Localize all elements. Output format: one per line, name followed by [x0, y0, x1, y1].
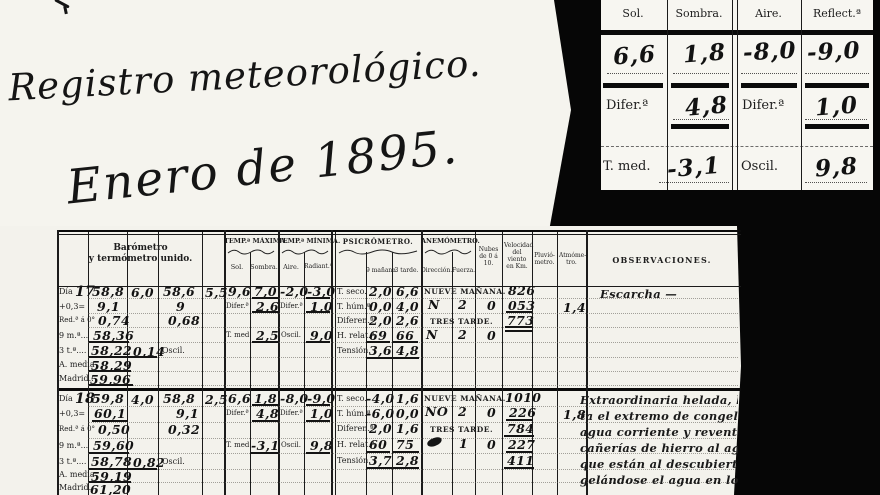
ink-underline: [506, 419, 533, 421]
row-label: +0,3=: [59, 410, 85, 419]
ink-underline: [366, 467, 392, 469]
ink-underline: [252, 311, 278, 313]
card-header-sombra: Sombra.: [667, 8, 731, 20]
ink-underline: [89, 481, 131, 483]
header-brace: [226, 247, 276, 255]
barometer-value: 61,20: [90, 482, 131, 495]
thermometer-value: 5,5: [205, 285, 228, 300]
ink-underline: [89, 468, 131, 470]
psic-value: 2,0: [369, 284, 392, 299]
psic-label: T. húm.ª: [337, 303, 370, 312]
observation-line: agua corriente y reventar las: [580, 424, 738, 440]
ink-bar: [603, 83, 663, 88]
clouds-3pm: 0: [487, 437, 496, 452]
card-value-reflect: -9,0: [806, 37, 861, 67]
subheader-sol: Sol.: [224, 264, 250, 271]
ink-underline: [306, 311, 330, 313]
ink-underline: [393, 357, 419, 359]
subheader-sombra: Sombra.: [250, 264, 278, 271]
subheader-9-manana: 9 mañana.: [366, 268, 392, 275]
atmometer-value: 1,4: [563, 300, 586, 315]
printed-tmed-label: T. med.: [226, 442, 252, 450]
rule-line: [335, 232, 336, 495]
col-header-barometro2: y termómetro unido.: [57, 255, 224, 265]
row-label: 9 m.ª...: [59, 332, 88, 341]
row-label: Madrid..: [59, 375, 94, 384]
row-label: A. media: [59, 361, 95, 370]
ink-underline: [252, 297, 278, 299]
ink-underline: [92, 420, 128, 422]
subheader-aire: Aire.: [278, 264, 304, 271]
row-label-dia: Día: [59, 288, 73, 297]
col-header-psicrometro: PSICRÓMETRO.: [335, 238, 421, 246]
printed-tres-tarde: TRES TARDE.: [430, 426, 493, 434]
psic-value: 75: [396, 437, 414, 452]
ink-underline: [393, 451, 419, 453]
ink-underline: [252, 420, 278, 422]
printed-nueve-manana: NUEVE MAÑANA.: [424, 395, 506, 403]
rule-line: [673, 119, 729, 120]
card-header-reflect: Reflect.ª: [801, 8, 873, 20]
observation-line: cañerías de hierro al agua: [580, 440, 738, 456]
psic-label: Tensión.: [337, 457, 371, 466]
psic-value: 2,6: [396, 313, 419, 328]
rule-line: [57, 234, 741, 235]
card-tmed-label: T. med.: [603, 160, 651, 174]
row-label: A. media: [59, 471, 95, 480]
wind-force-3pm: 1: [459, 436, 468, 451]
ink-underline: [366, 357, 392, 359]
row-label-dia: Día: [59, 395, 73, 404]
ink-underline: [366, 451, 390, 453]
rule-line: [673, 73, 729, 74]
printed-difer-label: Difer.ª: [226, 303, 249, 311]
ink-underline: [89, 341, 129, 343]
printed-oscil-label: Oscil.: [281, 442, 301, 450]
printed-difer-label: Difer.ª: [226, 410, 249, 418]
rule-line: [57, 230, 741, 232]
col-header-pluviometro: Pluvió­metro.: [534, 252, 555, 266]
psic-label: T. seco.: [337, 288, 367, 297]
rule-line: [732, 0, 733, 190]
summary-card: Sol. Sombra. Aire. Reflect.ª 6,6 1,8 -8,…: [601, 0, 873, 190]
subheader-direccion: Dirección.: [421, 268, 452, 275]
psic-value: 2,8: [396, 453, 419, 468]
thermometer-value: 6,0: [131, 285, 154, 300]
wind-km-difference: 411: [507, 453, 534, 468]
row-label: 9 m.ª...: [59, 442, 88, 451]
col-header-barometro: Barómetro: [57, 244, 224, 254]
ink-bar: [671, 83, 729, 88]
ink-underline: [306, 452, 330, 454]
ink-underline: [506, 311, 532, 313]
printed-oscil-label: Oscil.: [281, 332, 301, 340]
header-brace: [280, 247, 330, 255]
ink-underline: [366, 341, 390, 343]
observation-line: ta el extremo de congelarse el: [580, 408, 738, 424]
rule-line: [801, 0, 802, 190]
rule-line: [475, 232, 476, 495]
barometer-value: 58,78: [91, 454, 132, 469]
barometer-value: 59,8: [92, 391, 124, 406]
row-label: Red.ª á 0°: [59, 317, 95, 325]
wind-force-3pm: 2: [458, 327, 467, 342]
card-difer-value-1: 4,8: [684, 91, 729, 122]
rule-line: [557, 232, 558, 495]
psic-value: 3,6: [369, 343, 392, 358]
rule-line: [741, 73, 797, 74]
barometer-value: 9,1: [176, 406, 199, 421]
psic-label: Tensión.: [337, 347, 371, 356]
printed-tmed-label: T. med.: [226, 332, 252, 340]
printed-difer-label: Difer.ª: [280, 303, 303, 311]
card-oscil-value: 9,8: [814, 153, 859, 183]
wind-km-difference: 784: [507, 421, 534, 436]
row-label: 3 t.ª....: [59, 347, 86, 356]
clouds-9am: 0: [487, 298, 496, 313]
psic-value: 4,0: [396, 299, 419, 314]
rule-line: [607, 73, 663, 74]
col-header-nubes: Nubes de 0 á 10.: [477, 246, 500, 267]
printed-tres-tarde: TRES TARDE.: [430, 318, 493, 326]
printed-nueve-manana: NUEVE MAÑANA.: [424, 288, 506, 296]
rule-line: [601, 146, 873, 147]
header-brace: [337, 247, 419, 255]
temp-difer-max: 4,8: [256, 406, 279, 421]
ink-underline: [89, 384, 133, 386]
ink-bar: [805, 83, 869, 88]
wind-km-reading: 1010: [505, 390, 541, 405]
psic-value: 4,8: [396, 343, 419, 358]
observation-line: Extraordinaria helada, has-: [580, 392, 738, 408]
rule-line: [392, 252, 393, 495]
ink-underline: [306, 420, 330, 422]
psic-value: 0,0: [396, 406, 419, 421]
barometer-value: 58,6: [163, 284, 195, 299]
wind-km-reading: 227: [508, 437, 535, 452]
psic-value: 60: [369, 437, 387, 452]
ink-underline: [504, 467, 534, 469]
col-header-atmometro: Atmóme­tro.: [559, 252, 584, 266]
ink-bar: [671, 124, 729, 129]
card-tmed-value: -3,1: [666, 152, 722, 184]
rule-line: [659, 182, 729, 183]
wind-km-reading: 826: [508, 283, 535, 298]
barometer-value: 58,8: [92, 284, 124, 299]
ink-underline: [306, 404, 330, 406]
rule-line: [737, 0, 738, 190]
temp-max-sol: 6,6: [228, 391, 251, 406]
barometer-value: 60,1: [94, 406, 126, 421]
card-header-sol: Sol.: [601, 8, 665, 20]
barometer-value: 0,68: [168, 313, 200, 328]
ink-underline: [250, 452, 278, 454]
row-label: 3 t.ª....: [59, 458, 86, 467]
card-difer-label-1: Difer.ª: [606, 99, 648, 113]
observation-line: que están al descubierto; con-: [580, 456, 738, 472]
temp-min-aire: -2,0: [280, 284, 309, 299]
wind-direction-9am: N: [428, 297, 440, 312]
printed-oscil-label: Oscil.: [162, 458, 185, 467]
ink-underline: [89, 356, 131, 358]
temp-oscil: 9,8: [310, 438, 333, 453]
ink-underline: [505, 326, 533, 328]
temp-difer-min: 1,0: [310, 406, 333, 421]
rule-line: [805, 73, 869, 74]
card-oscil-label: Oscil.: [741, 160, 778, 174]
ink-underline: [252, 404, 278, 406]
wind-force-9am: 2: [458, 404, 467, 419]
col-header-observaciones: OBSERVACIONES.: [586, 256, 738, 265]
wind-direction-9am: NO: [425, 404, 448, 419]
temp-min-aire: -8,0: [280, 391, 309, 406]
psic-value: 1,6: [396, 391, 419, 406]
wind-force-9am: 2: [458, 297, 467, 312]
row-label: +0,3=: [59, 303, 85, 312]
ink-underline: [393, 467, 419, 469]
rule-line: [502, 232, 503, 495]
temp-media: -3,1: [251, 438, 280, 453]
col-header-temp-minima: TEMP.ª MÍNIMA.: [278, 238, 331, 245]
subheader-radiante: Radiant.ª: [304, 264, 331, 271]
psic-label: T. seco.: [337, 395, 367, 404]
ledger-line: [88, 385, 738, 386]
ink-bar: [741, 83, 797, 88]
psic-value: 6,6: [396, 284, 419, 299]
ink-underline: [89, 452, 129, 454]
card-value-sol: 6,6: [612, 41, 657, 71]
barometer-value: 0,32: [168, 422, 200, 437]
ink-underline: [131, 356, 157, 358]
ink-bar: [805, 124, 869, 129]
observation-note: Escarcha —: [600, 286, 677, 302]
ink-underline: [131, 468, 157, 470]
psic-value: 1,6: [396, 421, 419, 436]
card-header-aire: Aire.: [738, 8, 799, 20]
barometer-value: 0,74: [98, 313, 130, 328]
scanned-register-page: Registro meteorológico. Enero de 1895. S…: [0, 0, 880, 495]
ink-underline: [89, 370, 131, 372]
ink-underline: [306, 297, 330, 299]
clouds-3pm: 0: [487, 328, 496, 343]
psic-value: 2,0: [369, 313, 392, 328]
ink-underline: [306, 341, 330, 343]
wind-km-reading: 226: [509, 405, 536, 420]
barometer-value: 58,8: [163, 391, 195, 406]
psic-value: -6,0: [366, 406, 395, 421]
printed-oscil-label: Oscil.: [162, 347, 185, 356]
barometer-value: 0,50: [98, 422, 130, 437]
wind-direction-3pm: N: [426, 327, 438, 342]
barometer-value: 59,60: [93, 438, 134, 453]
barometer-value: 9: [176, 299, 185, 314]
psic-value: 0,0: [369, 299, 392, 314]
card-value-sombra: 1,8: [682, 39, 727, 69]
rule-line: [805, 182, 867, 183]
col-header-anemometro: ANEMÓMETRO.: [421, 238, 475, 245]
observation-line: gelándose el agua en los sitios: [580, 472, 738, 488]
card-difer-label-2: Difer.ª: [742, 99, 784, 113]
psic-value: 2,0: [369, 421, 392, 436]
psic-value: -4,0: [366, 391, 395, 406]
temp-max-sol: 9,6: [228, 284, 251, 299]
ink-underline: [393, 341, 418, 343]
psic-value: 3,7: [369, 453, 392, 468]
barometer-value: 9,1: [97, 299, 120, 314]
row-label: Madrid..: [59, 484, 94, 493]
printed-difer-label: Difer.ª: [280, 410, 303, 418]
ink-underline: [504, 435, 534, 437]
ink-underline: [252, 341, 278, 343]
clouds-9am: 0: [487, 405, 496, 420]
card-value-aire: -8,0: [742, 37, 797, 67]
row-label: Red.ª á 0°: [59, 426, 95, 434]
observation-note-block: Extraordinaria helada, has- ta el extrem…: [580, 392, 738, 494]
thermometer-value: 4,0: [131, 392, 154, 407]
ink-underline: [506, 451, 533, 453]
rule-line: [805, 119, 867, 120]
header-brace: [423, 247, 473, 255]
col-header-temp-maxima: TEMP.ª MÁXIMA.: [224, 238, 278, 245]
ink-underline: [505, 330, 533, 332]
rule-line: [202, 232, 203, 495]
subheader-fuerza: Fuerza.: [452, 268, 475, 275]
ledger-line: [88, 371, 738, 372]
card-difer-value-2: 1,0: [814, 92, 859, 122]
col-header-velocidad: Velocidad del viento en Km.: [504, 242, 530, 270]
subheader-3-tarde: 3 tarde.: [392, 268, 421, 275]
thermometer-value: 2,5: [205, 392, 228, 407]
